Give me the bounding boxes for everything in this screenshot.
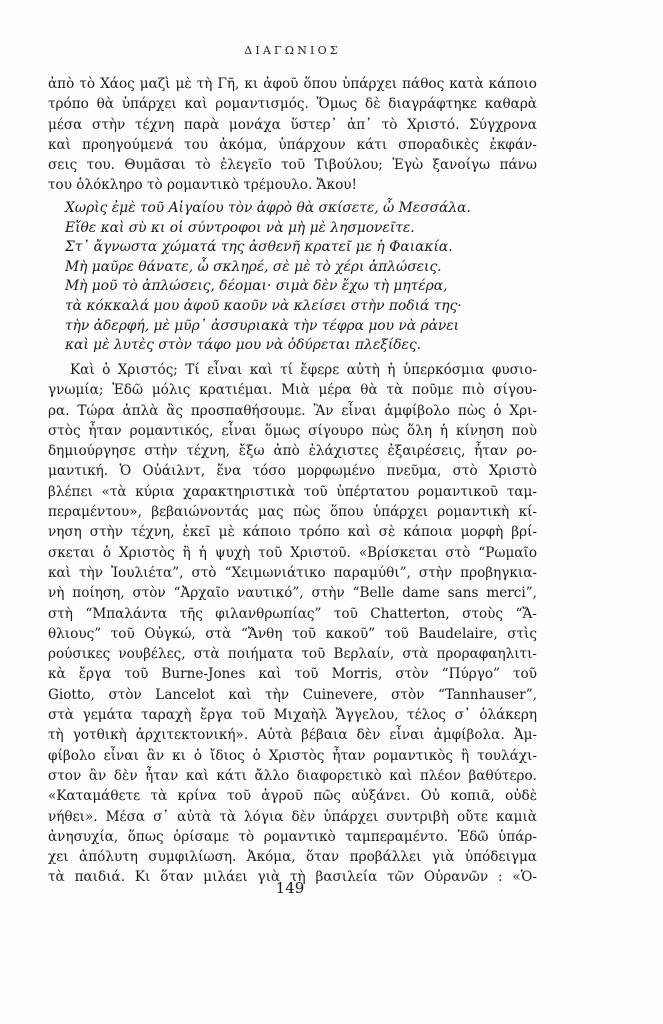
text-line: τὴ γοτθικὴ ἀρχιτεκτονική». Αὐτὰ βέβαια δ… (48, 725, 537, 745)
text-line: ἀπὸ τὸ Χάος μαζὶ μὲ τὴ Γῆ, κι ἀφοῦ ὅπου … (48, 74, 537, 94)
text-line: του ὁλόκληρο τὸ ρομαντικὸ τρέμουλο. Ἄκου… (48, 175, 537, 195)
poem-line: τὰ κόκκαλά μου ἀφοῦ καοῦν νὰ κλείσει στὴ… (65, 297, 471, 317)
text-line: καὶ προηγούμενά του ἀκόμα, ὑπάρχουν κάτι… (48, 135, 537, 155)
text-line: Giotto, στὸν Lancelot καὶ τὴν Cuinevere,… (48, 685, 537, 705)
poem-line: Χωρὶς ἐμὲ τοῦ Αἰγαίου τὸν ἀφρὸ θὰ σκίσετ… (65, 199, 471, 219)
text-line: στὰ γεμάτα ταραχὴ ἔργα τοῦ Μιχαὴλ Ἄγγελο… (48, 705, 537, 725)
text-line: καὶ τὴν Ἰουλιέτα”, στὸ “Χειμωνιάτικο παρ… (48, 563, 537, 583)
text-line: μέσα στὴν τέχνη παρὰ μονάχα ὕστερ᾽ ἀπ᾽ τ… (48, 115, 537, 135)
text-line: χει ἀπόλυτη συμφιλίωση. Ἀκόμα, ὅταν προβ… (48, 847, 537, 867)
text-line: περαμέντου», βεβαιώνοντάς μας πὼς ὅπου ὑ… (48, 502, 537, 522)
poem-line: καὶ μὲ λυτὲς στὸν τάφο μου νὰ ὀδύρεται π… (65, 336, 471, 356)
text-line: σκεται ὁ Χριστὸς ἢ ἡ ψυχὴ τοῦ Χριστοῦ. «… (48, 543, 537, 563)
text-line: μαντική. Ὁ Οὐάιλντ, ἕνα τόσο μορφωμένο π… (48, 461, 537, 481)
text-line: νὴ ποίηση, στὸν “Ἀρχαῖο ναυτικό”, στὴν “… (48, 583, 537, 603)
text-line: δημιούργησε στὴν τέχνη, ἔξω ἀπὸ ἐλάχιστε… (48, 441, 537, 461)
poem-quotation: Χωρὶς ἐμὲ τοῦ Αἰγαίου τὸν ἀφρὸ θὰ σκίσετ… (65, 199, 471, 356)
page-number: 149 (0, 879, 580, 897)
poem-line: Εἴθε καὶ σὺ κι οἱ σύντροφοι νὰ μὴ μὲ λησ… (65, 219, 471, 239)
text-line: θλιους” τοῦ Οὐγκώ, στὰ “Ἄνθη τοῦ κακοῦ” … (48, 624, 537, 644)
text-line: νήθει». Μέσα σ᾽ αὐτὰ τὰ λόγια δὲν ὑπάρχε… (48, 807, 537, 827)
text-line: βλέπει «τὰ κύρια χαρακτηριστικὰ τοῦ ὑπέρ… (48, 482, 537, 502)
paragraph-1: ἀπὸ τὸ Χάος μαζὶ μὲ τὴ Γῆ, κι ἀφοῦ ὅπου … (48, 74, 537, 196)
text-line: Καὶ ὁ Χριστός; Τί εἶναι καὶ τί ἔφερε αὐτ… (48, 360, 537, 380)
poem-line: Μὴ μαῦρε θάνατε, ὦ σκληρέ, σὲ μὲ τὸ χέρι… (65, 258, 471, 278)
text-line: «Καταμάθετε τὰ κρίνα τοῦ ἀγροῦ πῶς αὐξάν… (48, 786, 537, 806)
text-line: στὴ “Μπαλάντα τῆς φιλανθρωπίας” τοῦ Chat… (48, 604, 537, 624)
text-line: ρα. Τώρα ἁπλὰ ἂς προσπαθήσουμε. Ἂν εἶναι… (48, 401, 537, 421)
text-line: ρούσικες νουβέλες, στὰ ποιήματα τοῦ Βερλ… (48, 644, 537, 664)
poem-line: Στ᾽ ἄγνωστα χώματά της ἀσθενῆ κρατεῖ με … (65, 238, 471, 258)
poem-line: Μὴ μοῦ τὸ ἁπλώσεις, δέομαι· σιμὰ δὲν ἔχω… (65, 277, 471, 297)
text-line: φίβολο εἶναι ἂν κι ὁ ἴδιος ὁ Χριστὸς ἦτα… (48, 746, 537, 766)
text-line: νηση στὴν τέχνη, ἐκεῖ μὲ κάποιο τρόπο κα… (48, 522, 537, 542)
text-line: κὰ ἔργα τοῦ Burne-Jones καὶ τοῦ Morris, … (48, 664, 537, 684)
paragraph-2: Καὶ ὁ Χριστός; Τί εἶναι καὶ τί ἔφερε αὐτ… (48, 360, 537, 888)
running-header: ΔΙΑΓΩΝΙΟΣ (0, 44, 585, 57)
text-line: στὸς ἦταν ρομαντικός, εἶναι ὅμως σίγουρο… (48, 421, 537, 441)
text-line: γνωμία; Ἐδῶ μόλις κρατιέμαι. Μιὰ μέρα θὰ… (48, 380, 537, 400)
text-line: ἀνησυχία, ὅπως ὁρίσαμε τὸ ρομαντικὸ ταμπ… (48, 827, 537, 847)
text-line: τρόπο θὰ ὑπάρχει καὶ ρομαντισμός. Ὅμως δ… (48, 94, 537, 114)
text-line: σεις του. Θυμᾶσαι τὸ ἐλεγεῖο τοῦ Τιβούλο… (48, 155, 537, 175)
text-line: στον ἂν δὲν ἦταν καὶ κάτι ἄλλο διαφορετι… (48, 766, 537, 786)
poem-line: τὴν ἀδερφή, μὲ μῦρ᾽ ἀσσυριακὰ τὴν τέφρα … (65, 317, 471, 337)
